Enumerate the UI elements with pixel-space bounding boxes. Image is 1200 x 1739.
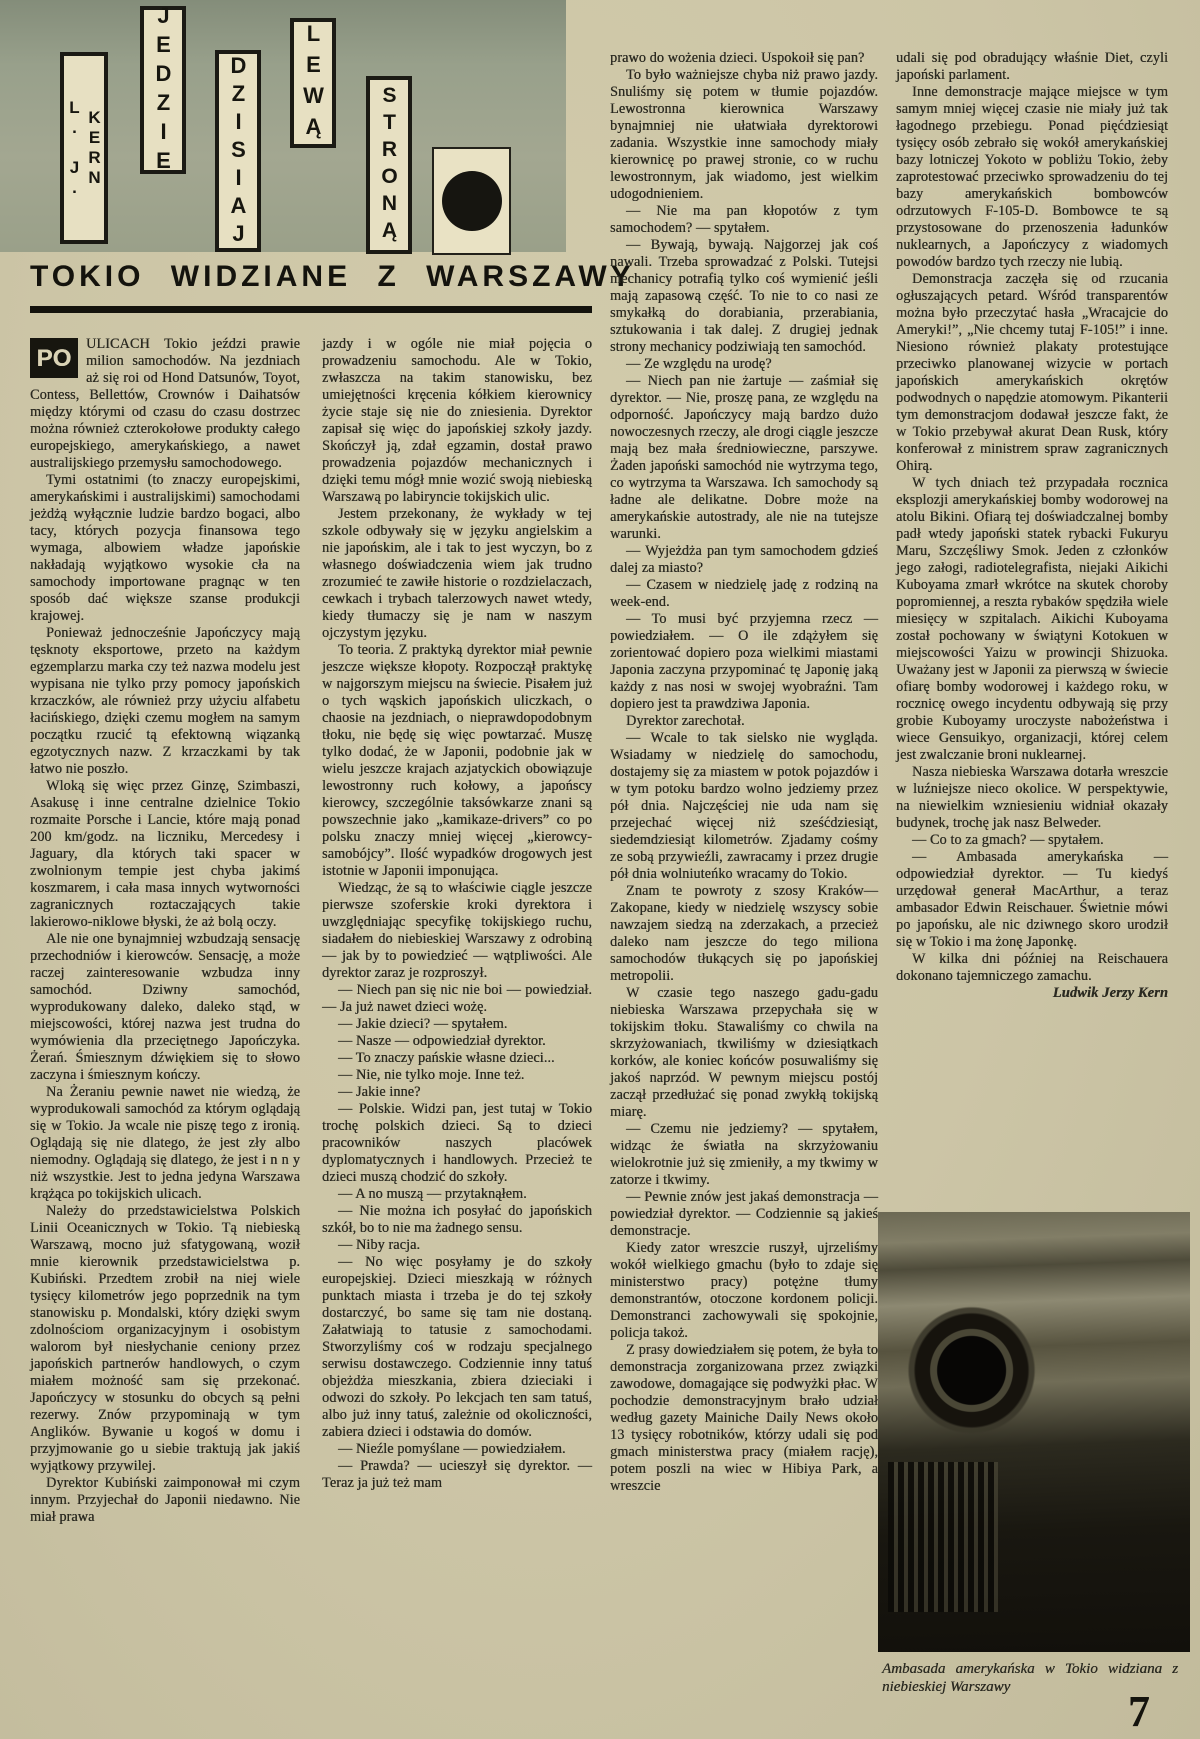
paragraph: — To musi być przyjemna rzecz — powiedzi… bbox=[610, 611, 878, 713]
text-column-3: prawo do wożenia dzieci. Uspokoił się pa… bbox=[610, 50, 878, 1495]
text-column-1: POULICACH Tokio jeździ prawie milion sam… bbox=[30, 336, 300, 1526]
paragraph: Dyrektor Kubiński zaimponował mi czym in… bbox=[30, 1475, 300, 1526]
text-column-2: jazdy i w ogóle nie miał pojęcia o prowa… bbox=[322, 336, 592, 1492]
paragraph: — A no muszą — przytaknąłem. bbox=[322, 1186, 592, 1203]
paragraph: — Niech pan nie żartuje — zaśmiał się dy… bbox=[610, 373, 878, 543]
paragraph: — Jakie inne? bbox=[322, 1084, 592, 1101]
paragraph: — Ze względu na urodę? bbox=[610, 356, 878, 373]
paragraph: — Nasze — odpowiedział dyrektor. bbox=[322, 1033, 592, 1050]
paragraph: Należy do przedstawicielstwa Polskich Li… bbox=[30, 1203, 300, 1475]
paragraph: — Bywają, bywają. Najgorzej jak coś nawa… bbox=[610, 237, 878, 356]
text-column-4: udali się pod obradujący właśnie Diet, c… bbox=[896, 50, 1168, 1002]
page-title: TOKIO WIDZIANE Z WARSZAWY bbox=[30, 260, 592, 313]
drop-cap: PO bbox=[30, 338, 78, 378]
paragraph: — Niby racja. bbox=[322, 1237, 592, 1254]
header-graphic: L. J. KERN JEDZIE DZISIAJ LEWĄ STRONĄ bbox=[0, 0, 566, 252]
sign-tile-lewa: LEWĄ bbox=[290, 18, 336, 148]
paragraph: — Jakie dzieci? — spytałem. bbox=[322, 1016, 592, 1033]
paragraph: Dyrektor zarechotał. bbox=[610, 713, 878, 730]
sign-tile-dzisiaj: DZISIAJ bbox=[215, 50, 261, 252]
paragraph: Ale nie one bynajmniej wzbudzają sensacj… bbox=[30, 931, 300, 1084]
paragraph: To teoria. Z praktyką dyrektor miał pewn… bbox=[322, 642, 592, 880]
paragraph: Tymi ostatnimi (to znaczy europejskimi, … bbox=[30, 472, 300, 625]
paragraph: Kiedy zator wreszcie ruszył, ujrzeliśmy … bbox=[610, 1240, 878, 1342]
paragraph: prawo do wożenia dzieci. Uspokoił się pa… bbox=[610, 50, 878, 67]
paragraph: W kilka dni później na Reischauera dokon… bbox=[896, 951, 1168, 985]
paragraph: W czasie tego naszego gadu-gadu niebiesk… bbox=[610, 985, 878, 1121]
paragraph: — Wyjeżdża pan tym samochodem gdzieś dal… bbox=[610, 543, 878, 577]
paragraph: — Niech pan się nic nie boi — powiedział… bbox=[322, 982, 592, 1016]
paragraph: — Nieźle pomyślane — powiedziałem. bbox=[322, 1441, 592, 1458]
paragraph: Wloką się więc przez Ginzę, Szimbaszi, A… bbox=[30, 778, 300, 931]
paragraph: Jestem przekonany, że wykłady w tej szko… bbox=[322, 506, 592, 642]
japan-flag-icon bbox=[432, 147, 511, 255]
paragraph: — Nie ma pan kłopotów z tym samochodem? … bbox=[610, 203, 878, 237]
flag-disc-icon bbox=[442, 171, 502, 231]
paragraph: — Prawda? — ucieszył się dyrektor. — Ter… bbox=[322, 1458, 592, 1492]
paragraph: — Czemu nie jedziemy? — spytałem, widząc… bbox=[610, 1121, 878, 1189]
paragraph: Demonstracja zaczęła się od rzucania ogł… bbox=[896, 271, 1168, 475]
paragraph: Znam te powroty z szosy Kraków—Zakopane,… bbox=[610, 883, 878, 985]
author-byline: Ludwik Jerzy Kern bbox=[896, 985, 1168, 1002]
paragraph: — Nie, nie tylko moje. Inne też. bbox=[322, 1067, 592, 1084]
paragraph: — Wcale to tak sielsko nie wygląda. Wsia… bbox=[610, 730, 878, 883]
paragraph: Nasza niebieska Warszawa dotarła wreszci… bbox=[896, 764, 1168, 832]
paragraph: — Polskie. Widzi pan, jest tutaj w Tokio… bbox=[322, 1101, 592, 1186]
paragraph: Inne demonstracje mające miejsce w tym s… bbox=[896, 84, 1168, 271]
sign-tile-strona: STRONĄ bbox=[366, 76, 412, 254]
paragraph: — Pewnie znów jest jakaś demonstracja — … bbox=[610, 1189, 878, 1240]
magazine-page: L. J. KERN JEDZIE DZISIAJ LEWĄ STRONĄ TO… bbox=[0, 0, 1200, 1739]
paragraph: W tych dniach też przypadała rocznica ek… bbox=[896, 475, 1168, 764]
paragraph: — Czasem w niedzielę jadę z rodziną na w… bbox=[610, 577, 878, 611]
sign-tile-author: L. J. KERN bbox=[60, 52, 108, 244]
paragraph: udali się pod obradujący właśnie Diet, c… bbox=[896, 50, 1168, 84]
paragraph: — No więc posyłamy je do szkoły europejs… bbox=[322, 1254, 592, 1441]
paragraph: jazdy i w ogóle nie miał pojęcia o prowa… bbox=[322, 336, 592, 506]
paragraph: Na Żeraniu pewnie nawet nie wiedzą, że w… bbox=[30, 1084, 300, 1203]
page-number: 7 bbox=[1128, 1686, 1150, 1737]
paragraph: — To znaczy pańskie własne dzieci... bbox=[322, 1050, 592, 1067]
paragraph: Z prasy dowiedziałem się potem, że była … bbox=[610, 1342, 878, 1495]
paragraph: Wiedząc, że są to właściwie ciągle jeszc… bbox=[322, 880, 592, 982]
paragraph: — Ambasada amerykańska — odpowiedział dy… bbox=[896, 849, 1168, 951]
paragraph: — Co to za gmach? — spytałem. bbox=[896, 832, 1168, 849]
paragraph: POULICACH Tokio jeździ prawie milion sam… bbox=[30, 336, 300, 472]
paragraph: — Nie można ich posyłać do japońskich sz… bbox=[322, 1203, 592, 1237]
sign-tile-jedzie: JEDZIE bbox=[140, 6, 186, 174]
embassy-photo bbox=[878, 1212, 1190, 1652]
paragraph: Ponieważ jednocześnie Japończycy mają tę… bbox=[30, 625, 300, 778]
paragraph: To było ważniejsze chyba niż prawo jazdy… bbox=[610, 67, 878, 203]
